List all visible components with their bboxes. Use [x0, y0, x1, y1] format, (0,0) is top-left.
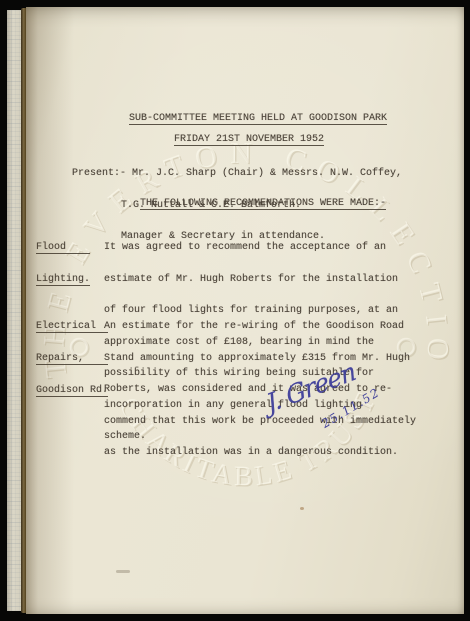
present-line: Present:- Mr. J.C. Sharp (Chair) & Messr… — [72, 169, 402, 180]
meeting-title-text: SUB-COMMITTEE MEETING HELD AT GOODISON P… — [129, 114, 387, 125]
photo-background: THE EVERTON COLLECTION CHARITABLE TRUST … — [0, 0, 470, 621]
item-label-line: Lighting. — [36, 275, 90, 286]
item-body-line: commend that this work be proceeded with… — [104, 417, 416, 428]
item-body-line: estimate of Mr. Hugh Roberts for the ins… — [104, 275, 398, 286]
meeting-date-text: FRIDAY 21ST NOVEMBER 1952 — [174, 135, 324, 146]
recommendations-heading: THE FOLLOWING RECOMMENDATIONS WERE MADE:… — [104, 188, 386, 220]
document-page: THE EVERTON COLLECTION CHARITABLE TRUST … — [26, 7, 464, 614]
adjacent-page-edge — [7, 10, 22, 611]
item-label-line: Goodison Rd. — [36, 386, 108, 397]
paper-speck — [300, 507, 304, 510]
paper-speck — [116, 570, 130, 573]
item-body-line: An estimate for the re-wiring of the Goo… — [104, 322, 416, 333]
stray-typewriter-mark: - — [134, 364, 140, 375]
item-label-electrical-repairs: Electrical Repairs, Goodison Rd. — [36, 301, 108, 418]
item-body-line: It was agreed to recommend the acceptanc… — [104, 243, 398, 254]
item-label-flood-lighting: Flood Lighting. — [36, 222, 90, 307]
item-label-line: Flood — [36, 243, 90, 254]
item-label-line: Electrical — [36, 322, 108, 333]
item-body-line: Stand amounting to approximately £315 fr… — [104, 354, 416, 365]
item-body-line: as the installation was in a dangerous c… — [104, 448, 416, 459]
recommendations-heading-text: THE FOLLOWING RECOMMENDATIONS WERE MADE:… — [140, 199, 386, 210]
item-label-line: Repairs, — [36, 354, 108, 365]
